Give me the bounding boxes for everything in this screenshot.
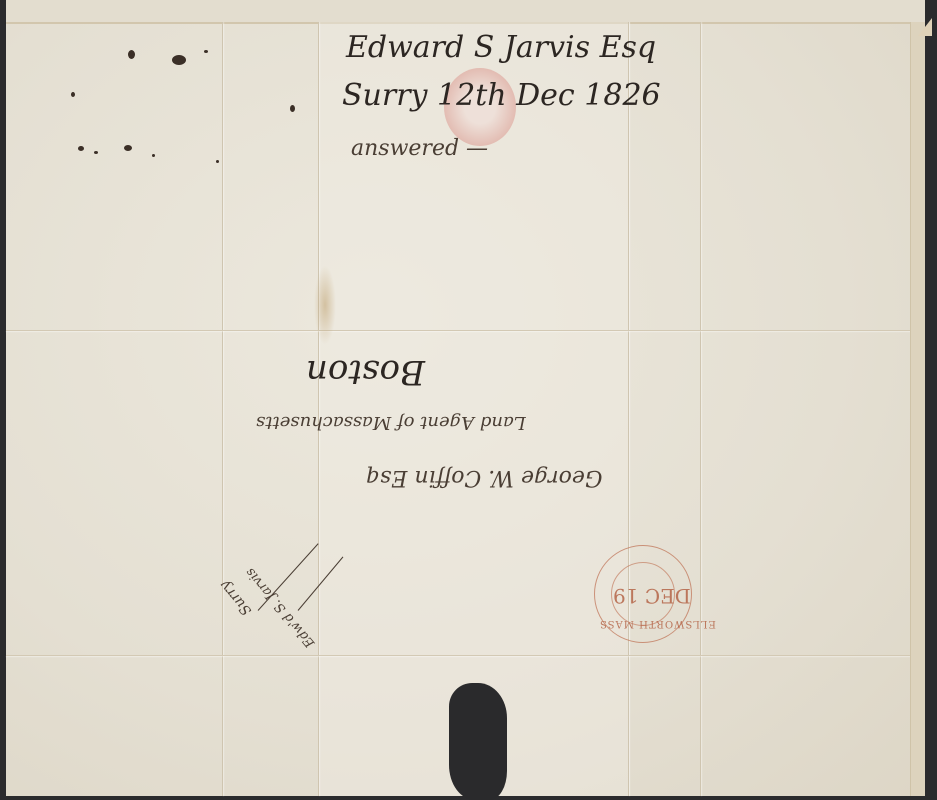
docket-line-1: Edward S Jarvis Esq: [346, 30, 656, 65]
docket-line-2: Surry 12th Dec 1826: [342, 78, 661, 113]
address-city: Boston: [306, 352, 425, 392]
letter-sheet: Edward S Jarvis Esq Surry 12th Dec 1826 …: [6, 0, 925, 796]
address-name: George W. Coffin Esq: [366, 465, 603, 490]
fold-line: [6, 330, 911, 331]
ink-blot: [152, 154, 155, 157]
top-fold-flap: [6, 0, 925, 24]
postmark-town: ELLSWORTH MASS: [599, 618, 716, 629]
fold-line: [700, 22, 701, 796]
ink-blot: [78, 146, 84, 151]
address-title: Land Agent of Massachusetts: [256, 412, 526, 433]
ink-blot: [124, 145, 132, 151]
foxing-stain: [314, 265, 336, 345]
ink-blot: [290, 105, 295, 112]
docket-line-3: answered —: [351, 136, 488, 161]
ink-blot: [204, 50, 208, 53]
ink-blot: [216, 160, 219, 163]
ink-blot: [94, 151, 98, 154]
fold-line: [6, 655, 911, 656]
ink-blot: [172, 55, 186, 65]
fold-line: [222, 22, 223, 796]
torn-hole: [449, 683, 507, 800]
fold-line: [628, 22, 629, 796]
postmark-date: DEC 19: [613, 584, 691, 608]
ink-blot: [71, 92, 75, 97]
fold-line: [318, 22, 319, 796]
ink-blot: [128, 50, 135, 59]
postmark-stamp: DEC 19 ELLSWORTH MASS: [594, 545, 692, 643]
right-edge-strip: [910, 22, 925, 796]
